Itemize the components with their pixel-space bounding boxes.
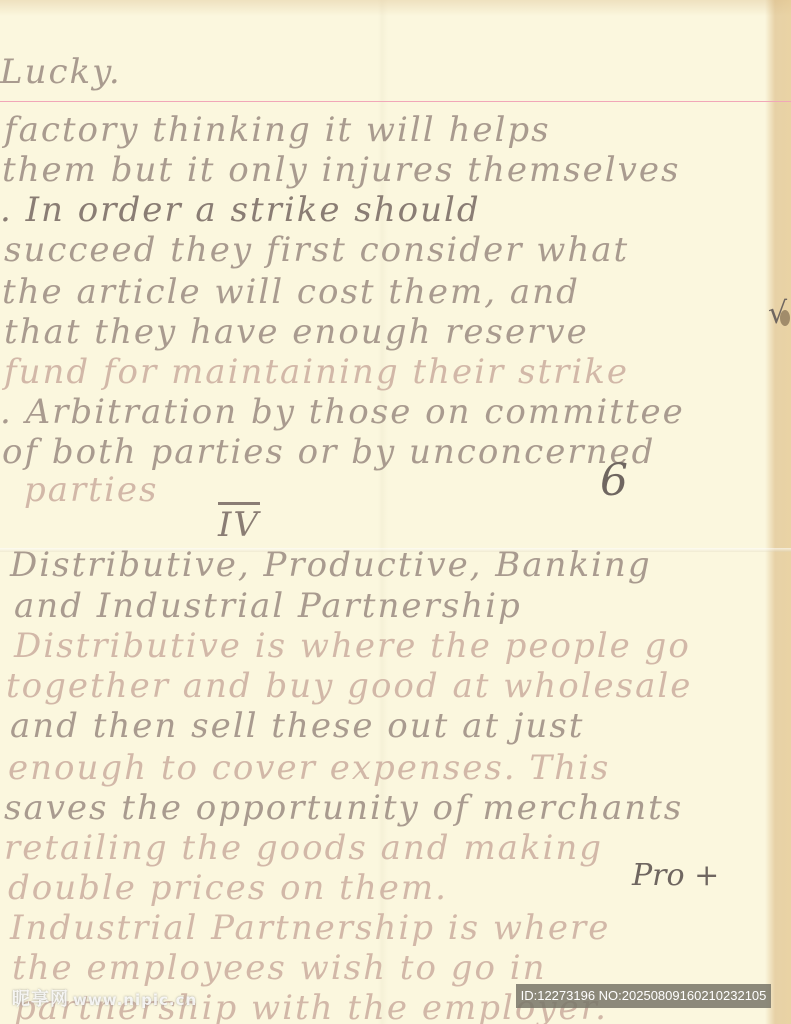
text-line: of both parties or by unconcerned [2,432,655,472]
section-numeral: IV [218,505,260,545]
paper-stain [780,310,790,326]
section-heading: Distributive, Productive, Banking [10,545,652,585]
text-line: . In order a strike should [0,190,481,230]
red-margin-rule [0,101,791,102]
text-line: and then sell these out at just [10,706,584,746]
text-line: retailing the goods and making [4,828,603,868]
text-line: them but it only injures themselves [2,150,680,190]
text-line: Distributive is where the people go [14,626,691,666]
text-line: fund for maintaining their strike [4,352,629,392]
grade-mark: 6 [600,455,628,506]
text-line: parties [24,470,158,510]
text-line: Lucky. [0,52,122,92]
pro-annotation: Pro + [632,858,719,893]
text-line: double prices on them. [8,868,448,908]
watermark-url: www.nipic.cn [73,991,197,1009]
text-line: . Arbitration by those on committee [0,392,685,432]
text-line: the article will cost them, and [2,272,580,312]
text-line: factory thinking it will helps [4,110,551,150]
section-heading: and Industrial Partnership [14,586,522,626]
text-line: enough to cover expenses. This [8,748,610,788]
watermark-logo: 昵享网www.nipic.cn [12,985,197,1011]
text-line: succeed they first consider what [4,230,629,270]
watermark-id-badge: ID:12273196 NO:20250809160210232105 [516,984,771,1008]
text-line: saves the opportunity of merchants [4,788,683,828]
text-line: together and buy good at wholesale [6,666,692,706]
text-line: the employees wish to go in [12,948,547,988]
text-line: Industrial Partnership is where [10,908,610,948]
watermark-logo-text: 昵享网 [12,989,69,1010]
text-line: that they have enough reserve [4,312,589,352]
